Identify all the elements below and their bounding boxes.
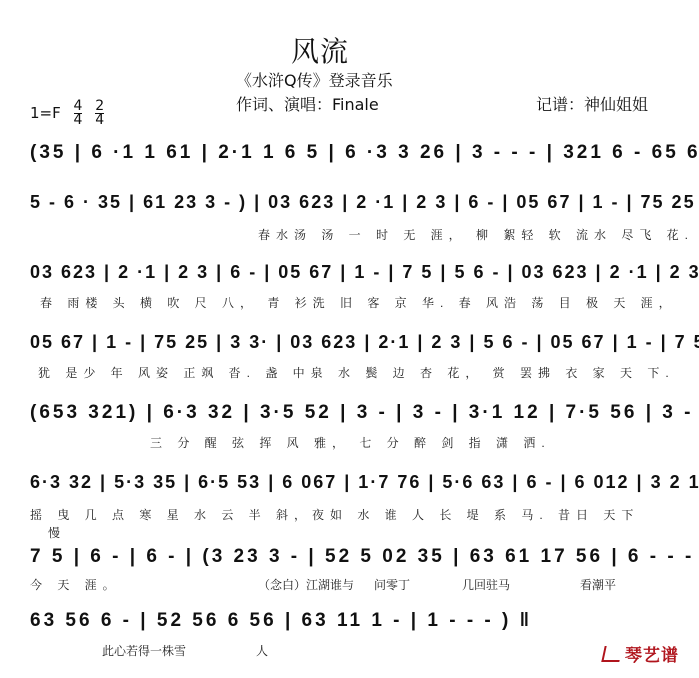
staff-lyrics: 犹 是少 年 风姿 正飒 沓. 盏 中泉 水 鬓 边 杏 花， 赏 罢拂 衣 家… [38,364,675,381]
spoken-lyric-2: 问零丁 [374,576,410,593]
staff-lyrics: 春水汤 汤 一 时 无 涯， 柳 絮轻 软 流水 尽飞 花. [258,226,694,243]
credits-transcriber: 记谱：神仙姐姐 [536,92,648,115]
staff-lyrics: 此心若得一株雪 [102,642,186,659]
staff-notes: (653 321) | 6·3 32 | 3·5 52 | 3 - | 3 - … [30,402,699,424]
staff-notes: 03 623 | 2 ·1 | 2 3 | 6 - | 05 67 | 1 - … [30,262,699,283]
staff-lyrics-alt: 慢 [48,524,66,541]
time-signature-4-4: 44 [74,100,83,127]
staff-lyrics: 三 分 醒 弦 挥 风 雅， 七 分 醉 剑 指 潇 洒. [150,434,551,451]
credits-lyricist-singer: 作词、演唱：Finale [236,92,379,115]
key-signature: 1=F 44 24 [30,100,104,127]
time-signature-2-4: 24 [95,100,104,127]
song-title: 风流 [0,30,640,70]
key-label: 1=F [30,104,61,122]
spoken-lyric-1: （念白）江湖谁与 [258,576,354,593]
spoken-lyric-3: 几回驻马 [462,576,510,593]
staff-notes: 7 5 | 6 - | 6 - | (3 23 3 - | 52 5 02 35… [30,546,699,568]
staff-lyrics-end: 人 [256,642,268,659]
staff-notes: 6·3 32 | 5·3 35 | 6·5 53 | 6 067 | 1·7 7… [30,472,699,493]
staff-notes: 5 - 6 · 35 | 61 23 3 - ) | 03 623 | 2 ·1… [30,192,699,213]
staff-notes: 63 56 6 - | 52 56 6 56 | 63 11 1 - | 1 -… [30,610,532,632]
staff-notes: 05 67 | 1 - | 75 25 | 3 3· | 03 623 | 2·… [30,332,699,353]
logo-icon [601,646,622,662]
staff-notes: (35 | 6 ·1 1 61 | 2·1 1 6 5 | 6 ·3 3 26 … [30,142,699,164]
spoken-lyric-4: 看潮平 [580,576,616,593]
staff-lyrics: 春 雨楼 头 横 吹 尺 八， 青 衫洗 旧 客 京 华. 春 风浩 荡 目 极… [40,294,677,311]
song-subtitle: 《水浒Q传》登录音乐 [236,68,393,91]
staff-lyrics: 今 天 涯。 [30,576,121,593]
staff-lyrics: 摇 曳 几 点 寒 星 水 云 半 斜，夜如 水 谁 人 长 堤 系 马. 昔日… [30,506,639,523]
watermark-logo: 琴艺谱 [603,641,679,666]
